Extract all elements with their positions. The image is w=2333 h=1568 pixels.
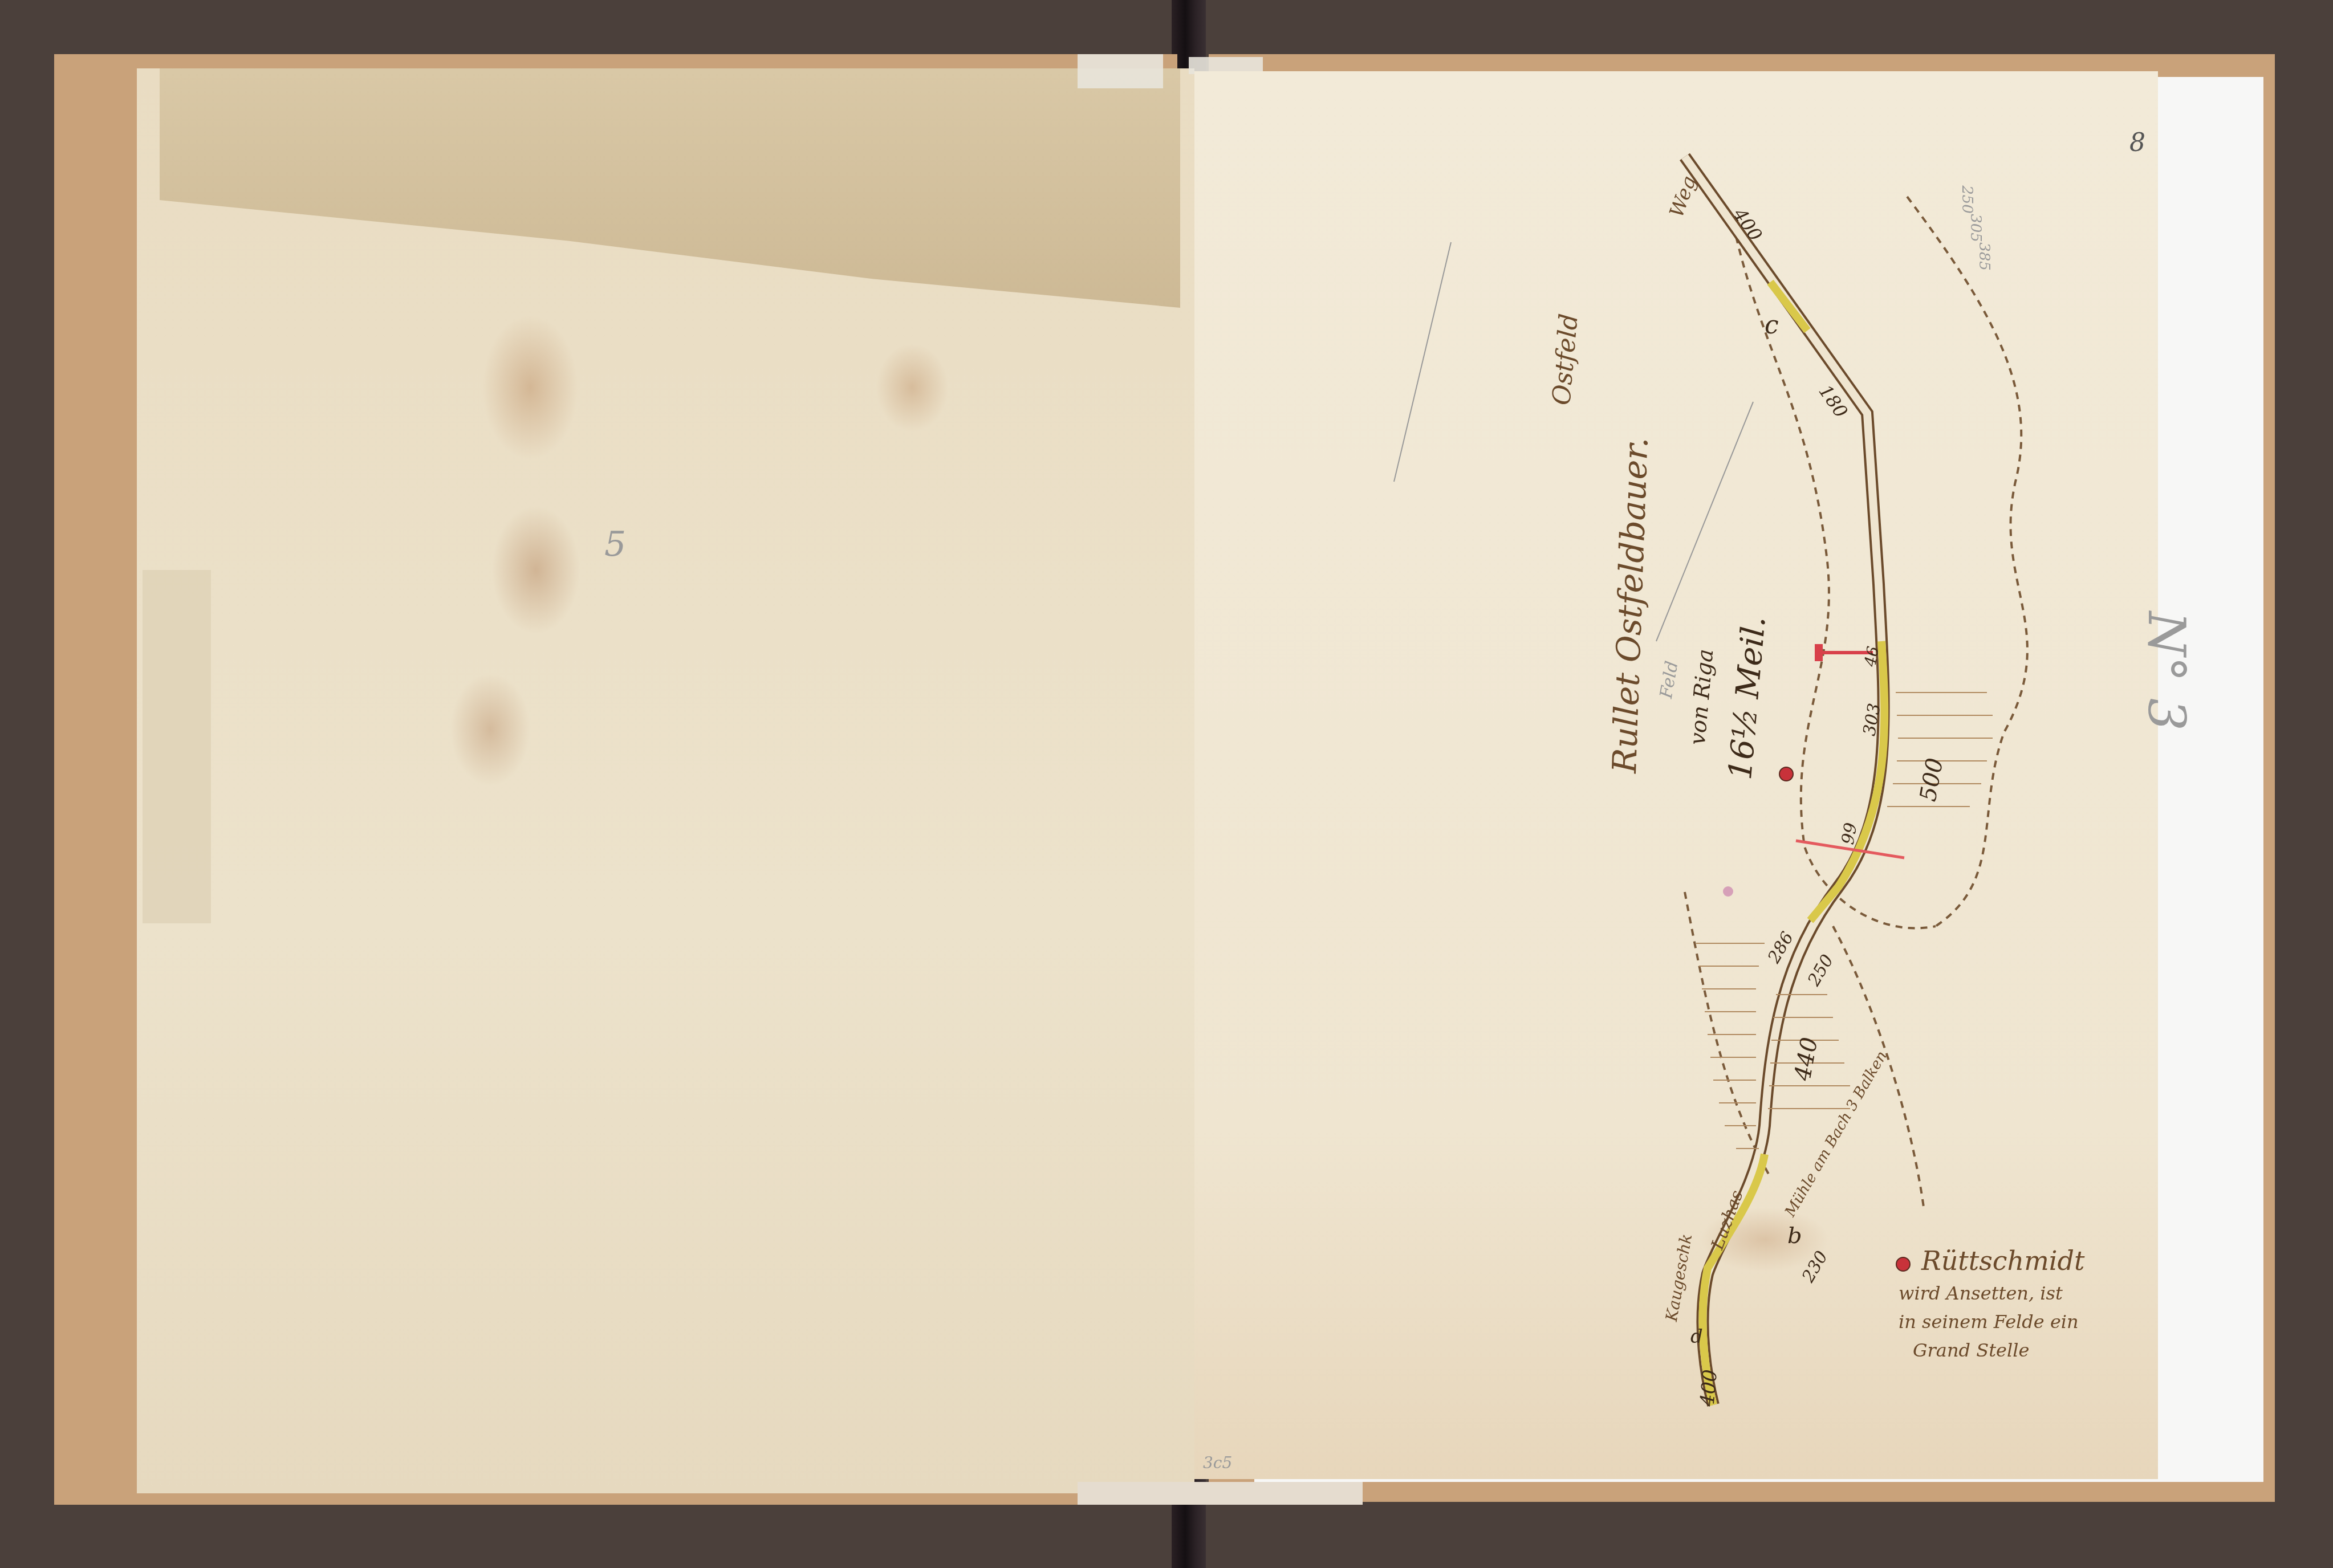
right-page-map: 8 N° 3 250 305 385 [1194, 71, 2158, 1479]
legend-red-dot [1896, 1257, 1911, 1272]
point-c: c [1765, 311, 1779, 340]
legend-line-2: in seinem Felde ein [1899, 1311, 2079, 1333]
measurement-400-lower: 400 [1696, 1369, 1722, 1407]
point-d: d [1690, 1325, 1703, 1348]
red-location-dot [1779, 767, 1794, 781]
tape-strip-bottom [1078, 1482, 1363, 1505]
measurement-99: 99 [1838, 821, 1861, 846]
pencil-mark: 5 [604, 524, 626, 564]
measurement-46: 46 [1860, 645, 1883, 668]
top-stained-band [160, 68, 1180, 308]
left-page: 5 [137, 68, 1194, 1493]
pink-location-dot [1723, 886, 1733, 897]
point-b: b [1787, 1223, 1802, 1249]
left-margin-strip [143, 570, 211, 923]
legend-name: Rüttschmidt [1921, 1245, 2085, 1276]
legend-line-1: wird Ansetten, ist [1899, 1282, 2063, 1304]
tape-strip [1078, 54, 1163, 88]
bottom-pencil-note: 3c5 [1203, 1453, 1232, 1472]
legend-line-3: Grand Stelle [1913, 1339, 2029, 1361]
